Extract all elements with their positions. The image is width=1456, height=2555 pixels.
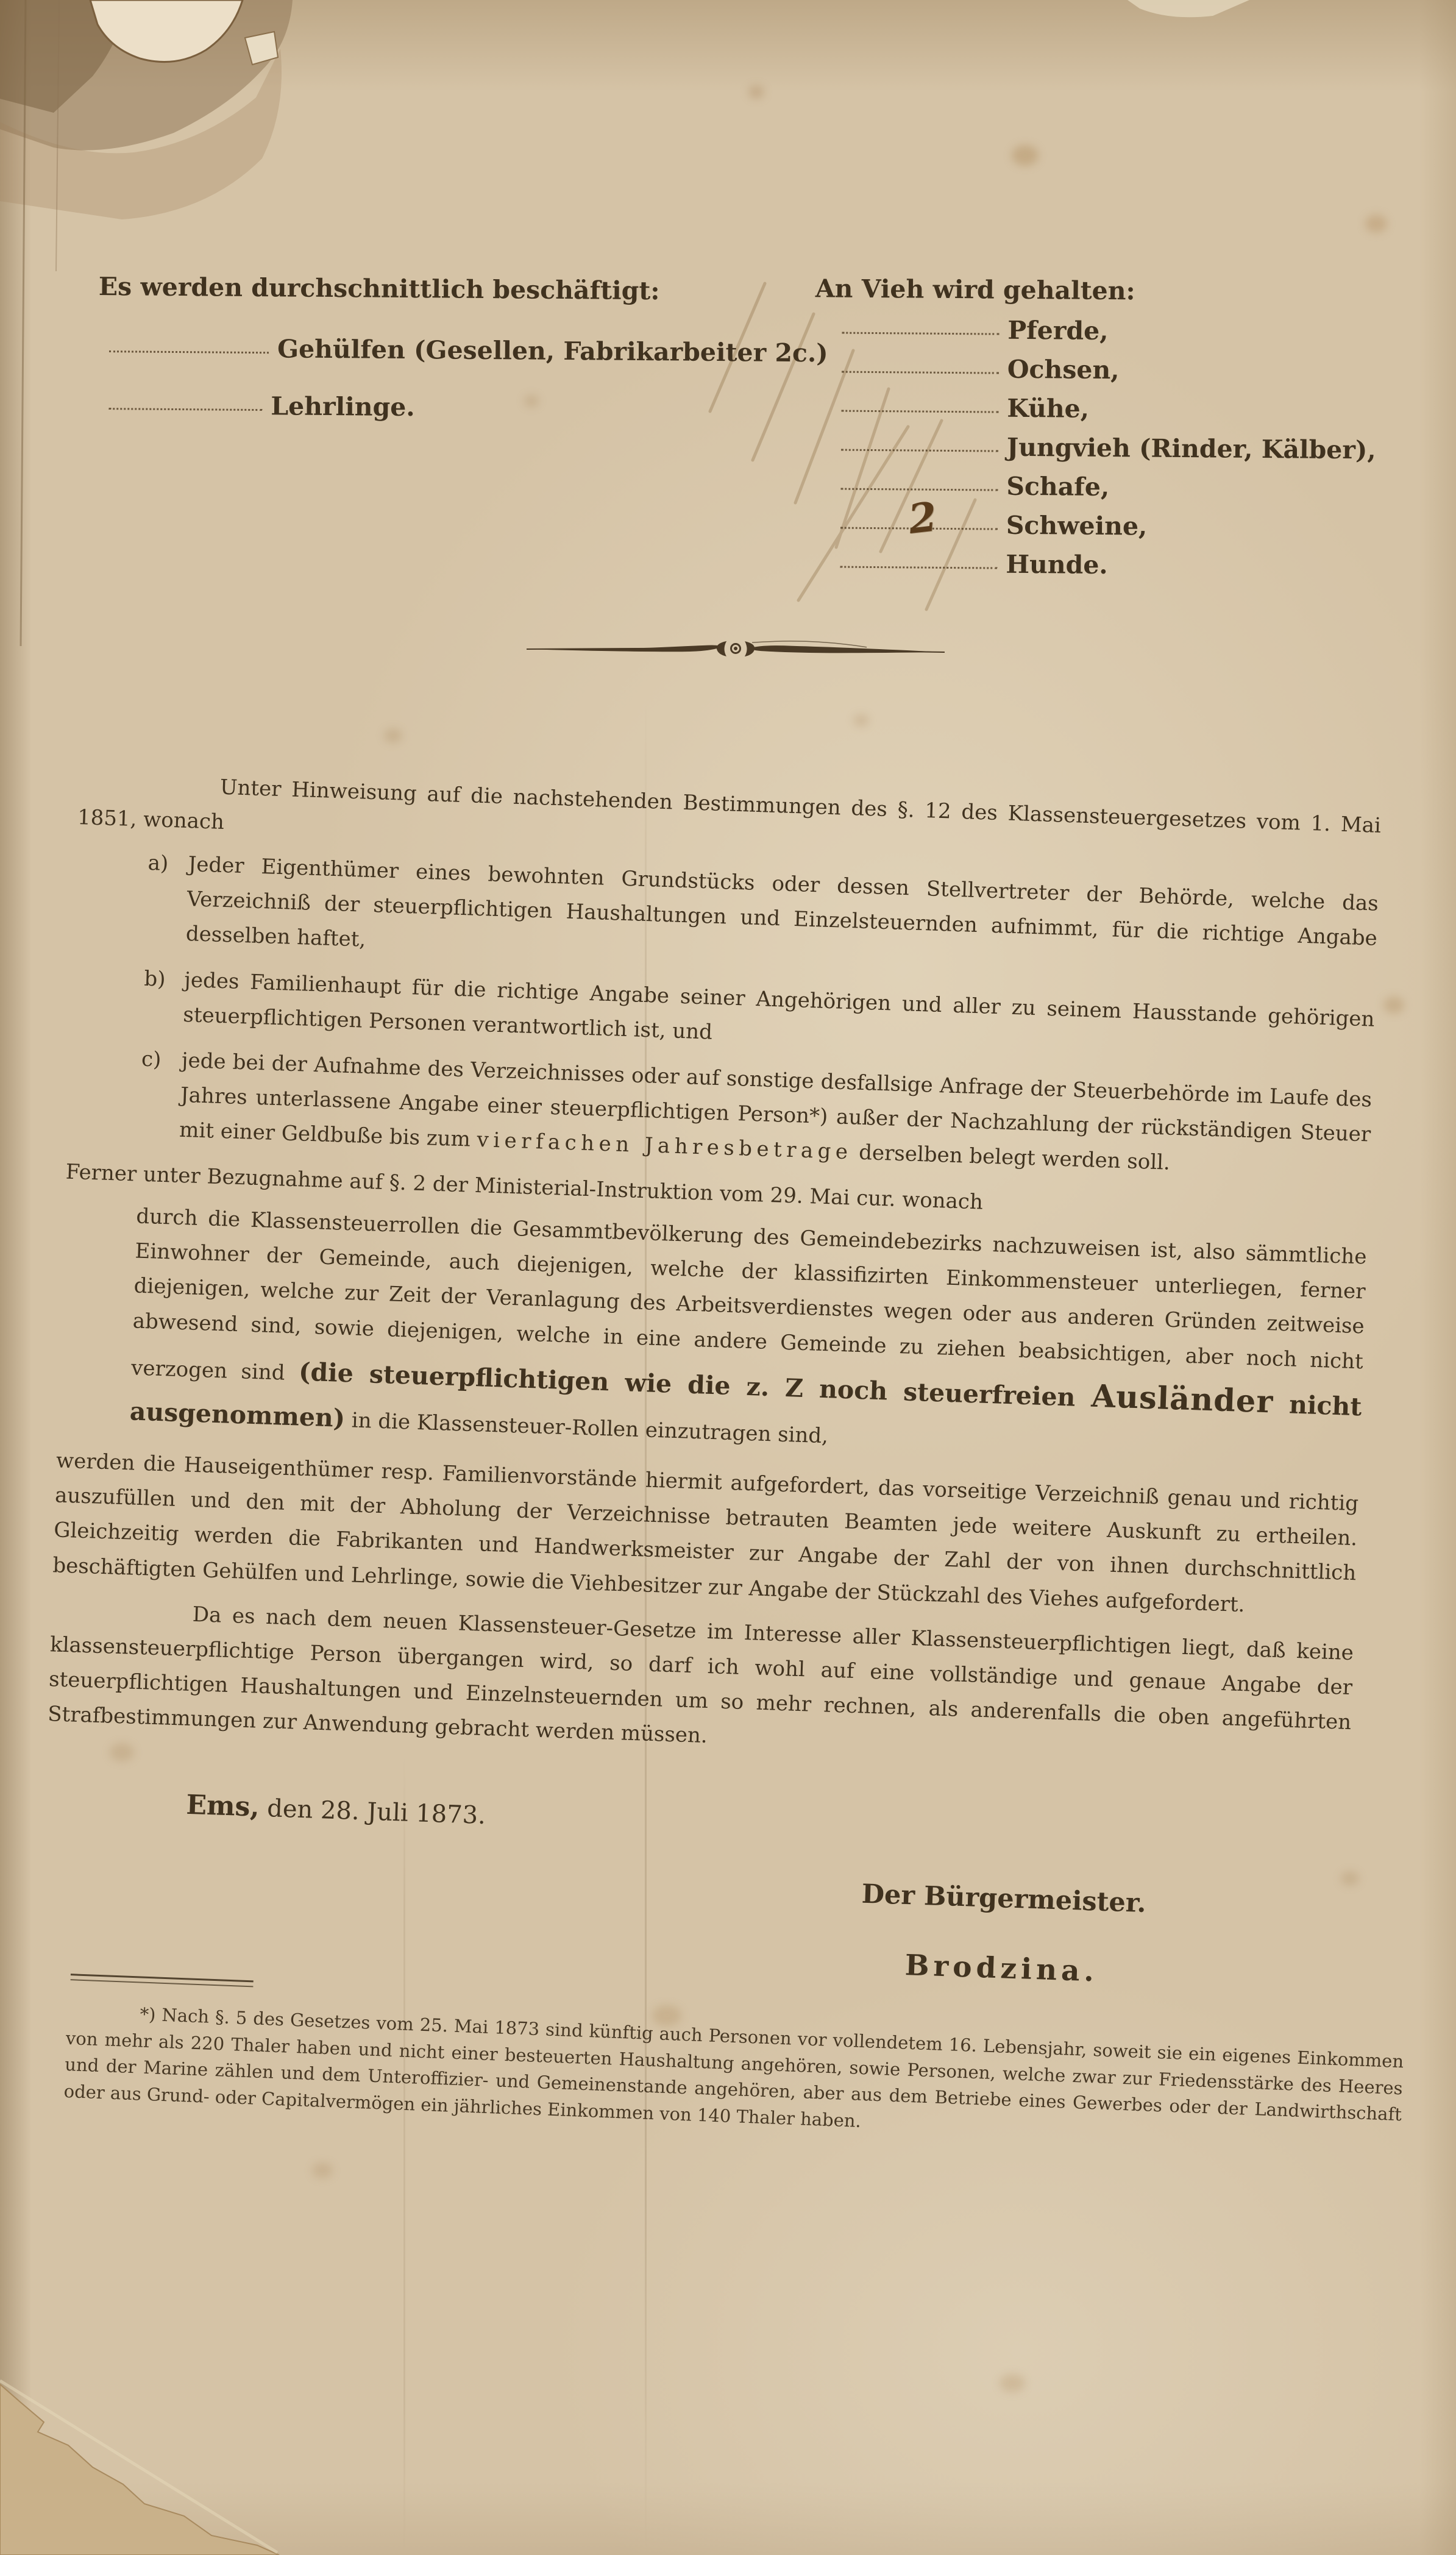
paper-stain [312,2162,333,2178]
date-place: Ems, [186,1789,260,1823]
paper-stain [384,728,402,743]
livestock-heading: An Vieh wird gehalten: [815,274,1135,305]
fill-in-line [840,485,998,491]
fill-in-line [840,563,997,569]
notice-body: Unter Hinweisung auf die nachstehenden B… [40,766,1382,2005]
list-marker-a: a) [147,846,169,881]
durch-bold: (die steuerpflichtigen wie die z. Z noch… [298,1357,1092,1412]
paper-stain [1000,2374,1025,2392]
employment-label: Lehrlinge. [271,391,415,422]
durch-paragraph: durch die Klassensteuerrollen die Gesamm… [129,1199,1368,1474]
livestock-label: Schafe, [1006,472,1109,502]
list-marker-b: b) [144,961,166,997]
employment-row-gehuelfen: Gehülfen (Gesellen, Fabrikarbeiter 2c.) [109,333,828,368]
livestock-label: Pferde, [1007,316,1109,346]
fill-in-line [108,405,262,411]
form-section: Es werden durchschnittlich beschäftigt: … [0,0,1456,620]
signature-block: Der Bürgermeister. Brodzina. [812,1871,1193,2000]
fill-in-line [842,329,999,335]
fill-in-line [841,407,998,413]
fill-in-line [841,446,998,452]
livestock-row-pferde: Pferde, [842,314,1109,346]
durch-text-end: in die Klassensteuer-Rollen einzutragen … [344,1408,828,1448]
livestock-label: Ochsen, [1007,355,1120,385]
list-item-c-text-end: derselben belegt werden soll. [852,1140,1171,1174]
dateline: Ems, den 28. Juli 1873. [185,1783,1348,1866]
fill-in-line [842,368,999,374]
livestock-label: Hunde. [1006,550,1108,580]
livestock-row-schafe: Schafe, [840,471,1109,502]
handwritten-value: 2 [906,492,940,543]
durch-bold-auslaender: Ausländer [1091,1377,1274,1420]
divider-ornament [525,632,946,667]
livestock-row-jungvieh: Jungvieh (Rinder, Kälber), [841,432,1376,465]
livestock-label: Jungvieh (Rinder, Kälber), [1007,433,1376,465]
paper-stain [1383,997,1404,1014]
livestock-row-hunde: Hunde. [840,549,1108,580]
employment-label: Gehülfen (Gesellen, Fabrikarbeiter 2c.) [277,334,828,368]
livestock-row-schweine: 2Schweine, [840,510,1148,541]
paper-stain [853,714,869,727]
employment-row-lehrlinge: Lehrlinge. [108,390,415,422]
fill-in-line [109,347,269,354]
list-item-c-emphasis: vierfachen Jahresbetrage [477,1128,853,1164]
scanned-document-page: Es werden durchschnittlich beschäftigt: … [0,0,1456,2555]
list-marker-c: c) [141,1042,162,1077]
signature-title: Der Bürgermeister. [814,1871,1193,1927]
livestock-label: Schweine, [1006,511,1148,541]
employment-heading: Es werden durchschnittlich beschäftigt: [99,272,660,305]
livestock-label: Kühe, [1007,394,1089,424]
livestock-row-kuehe: Kühe, [841,393,1089,424]
da-es-paragraph: Da es nach dem neuen Klassensteuer-Geset… [47,1593,1354,1775]
livestock-row-ochsen: Ochsen, [842,354,1120,385]
date-rest: den 28. Juli 1873. [259,1794,486,1830]
